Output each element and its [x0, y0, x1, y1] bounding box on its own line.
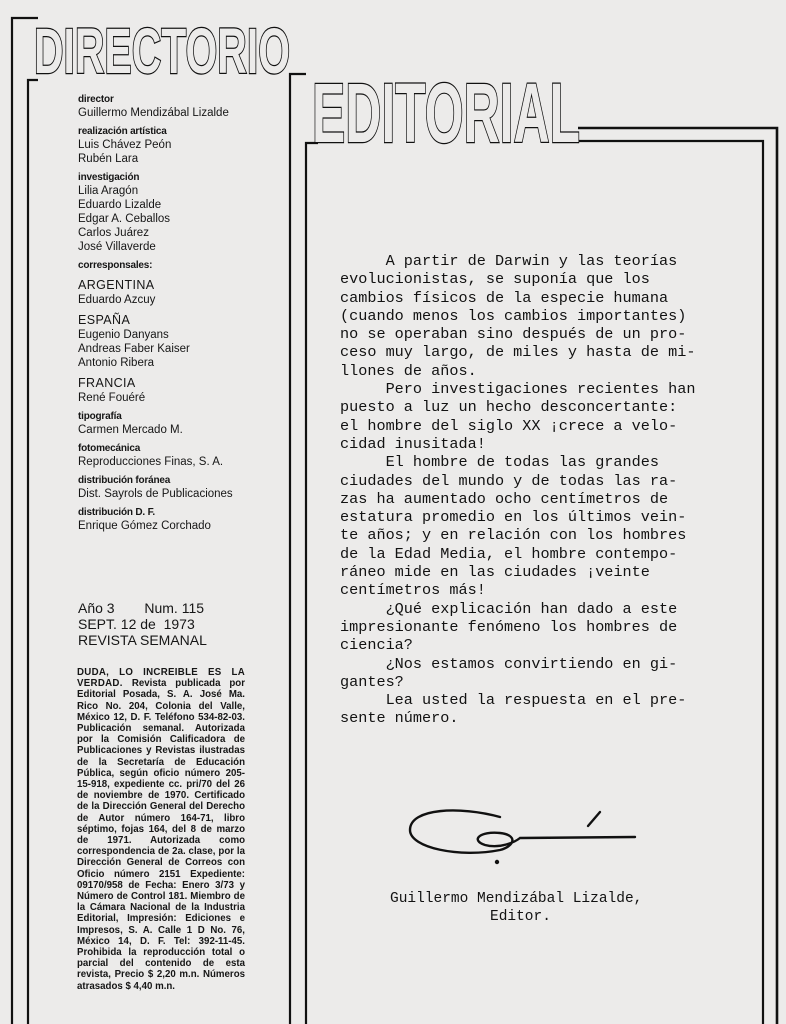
- signature-icon: [390, 800, 650, 870]
- directory-name: Eduardo Lizalde: [78, 198, 258, 212]
- editorial-line: gantes?: [340, 673, 735, 691]
- editorial-line: (cuando menos los cambios importantes): [340, 307, 735, 325]
- editorial-line: ¿Qué explicación han dado a este: [340, 600, 735, 618]
- directory-label: investigación: [78, 172, 258, 184]
- directory-name: José Villaverde: [78, 240, 258, 254]
- issue-number: Num. 115: [144, 600, 204, 616]
- editorial-line: zas ha aumentado ocho centímetros de: [340, 490, 735, 508]
- signer-role: Editor.: [390, 908, 690, 926]
- editorial-line: te años; y en relación con los hombres: [340, 526, 735, 544]
- editorial-line: Lea usted la respuesta en el pre-: [340, 691, 735, 709]
- correspondent-name: Eduardo Azcuy: [78, 293, 258, 307]
- directory-name: Guillermo Mendizábal Lizalde: [78, 106, 258, 120]
- editorial-line: cidad inusitada!: [340, 435, 735, 453]
- editorial-line: el hombre del siglo XX ¡crece a velo-: [340, 417, 735, 435]
- editorial-line: Pero investigaciones recientes han: [340, 380, 735, 398]
- editorial-line: de la Edad Media, el hombre contempo-: [340, 545, 735, 563]
- masthead-editorial: EDITORIAL: [312, 66, 580, 160]
- directory-label: distribución foránea: [78, 475, 258, 487]
- correspondent-country: FRANCIA: [78, 376, 258, 391]
- directory-label: fotomecánica: [78, 443, 258, 455]
- editorial-line: no se operaban sino después de un pro-: [340, 325, 735, 343]
- editorial-line: sente número.: [340, 709, 735, 727]
- correspondent-name: Eugenio Danyans: [78, 328, 258, 342]
- directory-name: Edgar A. Ceballos: [78, 212, 258, 226]
- masthead-directorio: DIRECTORIO: [34, 15, 290, 87]
- directory-name: Lilia Aragón: [78, 184, 258, 198]
- editorial-line: puesto a luz un hecho desconcertante:: [340, 398, 735, 416]
- editorial-line: centímetros más!: [340, 581, 735, 599]
- magazine-page: DIRECTORIO EDITORIAL directorGuillermo M…: [0, 0, 786, 1024]
- directory-name: Luis Chávez Peón: [78, 138, 258, 152]
- directory-label: realización artística: [78, 126, 258, 138]
- signer: Guillermo Mendizábal Lizalde, Editor.: [390, 890, 690, 926]
- issue-year-number: Año 3 Num. 115: [78, 600, 258, 616]
- editorial-line: A partir de Darwin y las teorías: [340, 252, 735, 270]
- legal-notice: DUDA, LO INCREIBLE ES LA VERDAD. Revista…: [77, 667, 245, 992]
- editorial-line: ciencia?: [340, 636, 735, 654]
- correspondent-name: Antonio Ribera: [78, 356, 258, 370]
- editorial-line: ciudades del mundo y de todas las ra-: [340, 472, 735, 490]
- editorial-body: A partir de Darwin y las teoríasevolucio…: [340, 252, 735, 728]
- correspondent-name: Andreas Faber Kaiser: [78, 342, 258, 356]
- editorial-line: cambios físicos de la especie humana: [340, 289, 735, 307]
- issue-date: SEPT. 12 de 1973: [78, 616, 258, 632]
- directory-name: Rubén Lara: [78, 152, 258, 166]
- editorial-line: llones de años.: [340, 362, 735, 380]
- correspondent-country: ARGENTINA: [78, 278, 258, 293]
- directory-name: Dist. Sayrols de Publicaciones: [78, 487, 258, 501]
- directory-name: Enrique Gómez Corchado: [78, 519, 258, 533]
- directory-name: Reproducciones Finas, S. A.: [78, 455, 258, 469]
- editorial-line: evolucionistas, se suponía que los: [340, 270, 735, 288]
- editorial-line: El hombre de todas las grandes: [340, 453, 735, 471]
- directory-list: directorGuillermo Mendizábal Lizaldereal…: [78, 94, 258, 533]
- editorial-line: estatura promedio en los últimos vein-: [340, 508, 735, 526]
- directory-label: director: [78, 94, 258, 106]
- directory-name: Carmen Mercado M.: [78, 423, 258, 437]
- legal-text: Revista publicada por Editorial Posada, …: [77, 678, 245, 991]
- editorial-line: ceso muy largo, de miles y hasta de mi-: [340, 343, 735, 361]
- editorial-line: impresionante fenómeno los hombres de: [340, 618, 735, 636]
- editorial-line: ráneo mide en las ciudades ¡veinte: [340, 563, 735, 581]
- correspondent-country: ESPAÑA: [78, 313, 258, 328]
- directory-label: corresponsales:: [78, 260, 258, 272]
- correspondent-name: René Fouéré: [78, 391, 258, 405]
- issue-year: Año 3: [78, 600, 115, 616]
- directory-label: distribución D. F.: [78, 507, 258, 519]
- issue-info: Año 3 Num. 115 SEPT. 12 de 1973 REVISTA …: [78, 600, 258, 648]
- signer-name: Guillermo Mendizábal Lizalde,: [390, 890, 690, 908]
- directory-label: tipografía: [78, 411, 258, 423]
- issue-type: REVISTA SEMANAL: [78, 632, 258, 648]
- directory-name: Carlos Juárez: [78, 226, 258, 240]
- editorial-line: ¿Nos estamos convirtiendo en gi-: [340, 655, 735, 673]
